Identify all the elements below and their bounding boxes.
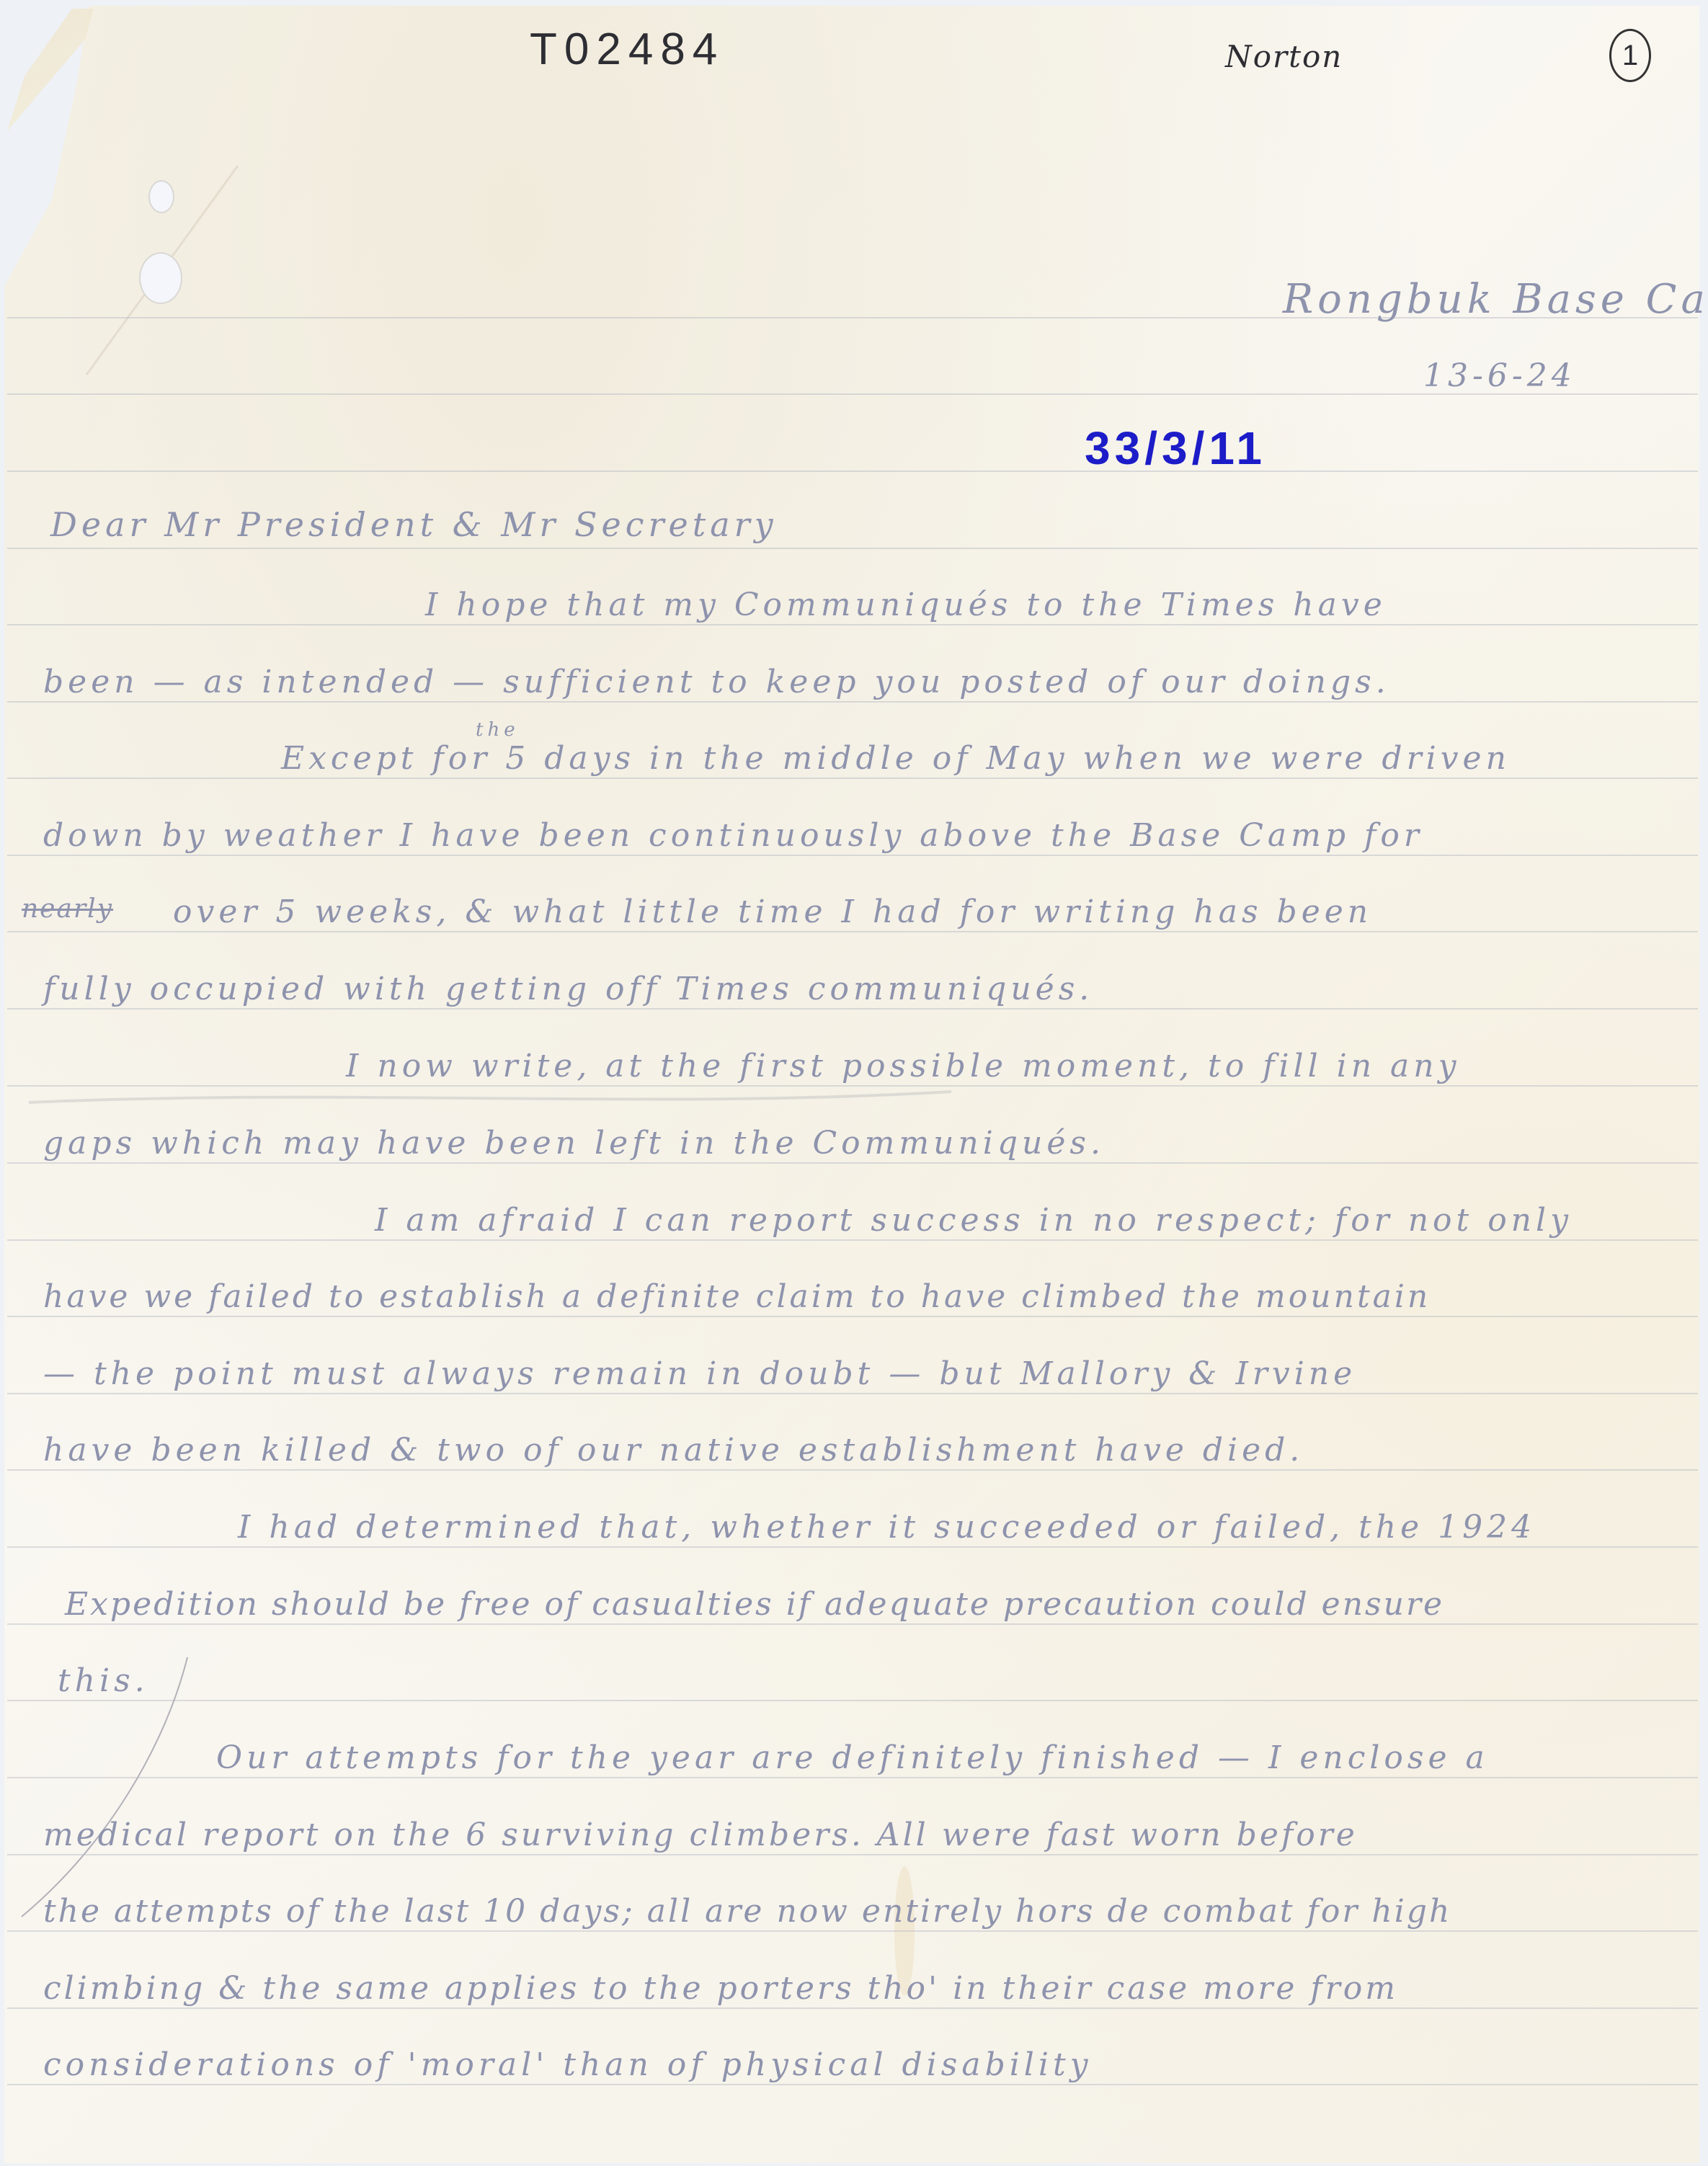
- body-line: considerations of 'moral' than of physic…: [43, 2049, 1093, 2081]
- author-annotation: Norton: [1225, 42, 1343, 72]
- body-line: Expedition should be free of casualties …: [65, 1589, 1444, 1621]
- catalogue-reference: T02484: [530, 27, 724, 72]
- body-line: climbing & the same applies to the porte…: [43, 1973, 1398, 2005]
- body-line: I hope that my Communiqués to the Times …: [425, 589, 1387, 621]
- body-line: this.: [58, 1665, 149, 1697]
- body-line: fully occupied with getting off Times co…: [43, 973, 1093, 1005]
- page-number: 1: [1622, 40, 1638, 72]
- body-line: I had determined that, whether it succee…: [238, 1512, 1536, 1543]
- body-line: over 5 weeks, & what little time I had f…: [173, 896, 1372, 928]
- body-line: I am afraid I can report success in no r…: [375, 1205, 1573, 1236]
- struck-word: nearly: [22, 896, 113, 922]
- body-line: Our attempts for the year are definitely…: [216, 1742, 1489, 1774]
- insertion-mark: the: [476, 721, 520, 739]
- punch-hole-upper: [148, 180, 174, 213]
- body-line: I now write, at the first possible momen…: [346, 1051, 1460, 1082]
- body-line: — the point must always remain in doubt …: [43, 1358, 1356, 1390]
- body-line: have we failed to establish a definite c…: [43, 1281, 1431, 1313]
- page-number-badge: 1: [1609, 29, 1651, 82]
- body-line: gaps which may have been left in the Com…: [43, 1128, 1105, 1159]
- letter-address: Rongbuk Base Camp: [1283, 280, 1708, 320]
- punch-hole-lower: [139, 252, 182, 304]
- letter-date: 13-6-24: [1423, 360, 1576, 392]
- body-line: the attempts of the last 10 days; all ar…: [43, 1896, 1451, 1927]
- body-line: have been killed & two of our native est…: [43, 1435, 1304, 1466]
- body-line: down by weather I have been continuously…: [43, 820, 1423, 852]
- body-line: been — as intended — sufficient to keep …: [43, 667, 1390, 698]
- body-line: Except for 5 days in the middle of May w…: [281, 743, 1511, 775]
- reference-number: 33/3/11: [1085, 425, 1266, 471]
- body-line: medical report on the 6 surviving climbe…: [43, 1819, 1358, 1851]
- salutation: Dear Mr President & Mr Secretary: [50, 508, 778, 541]
